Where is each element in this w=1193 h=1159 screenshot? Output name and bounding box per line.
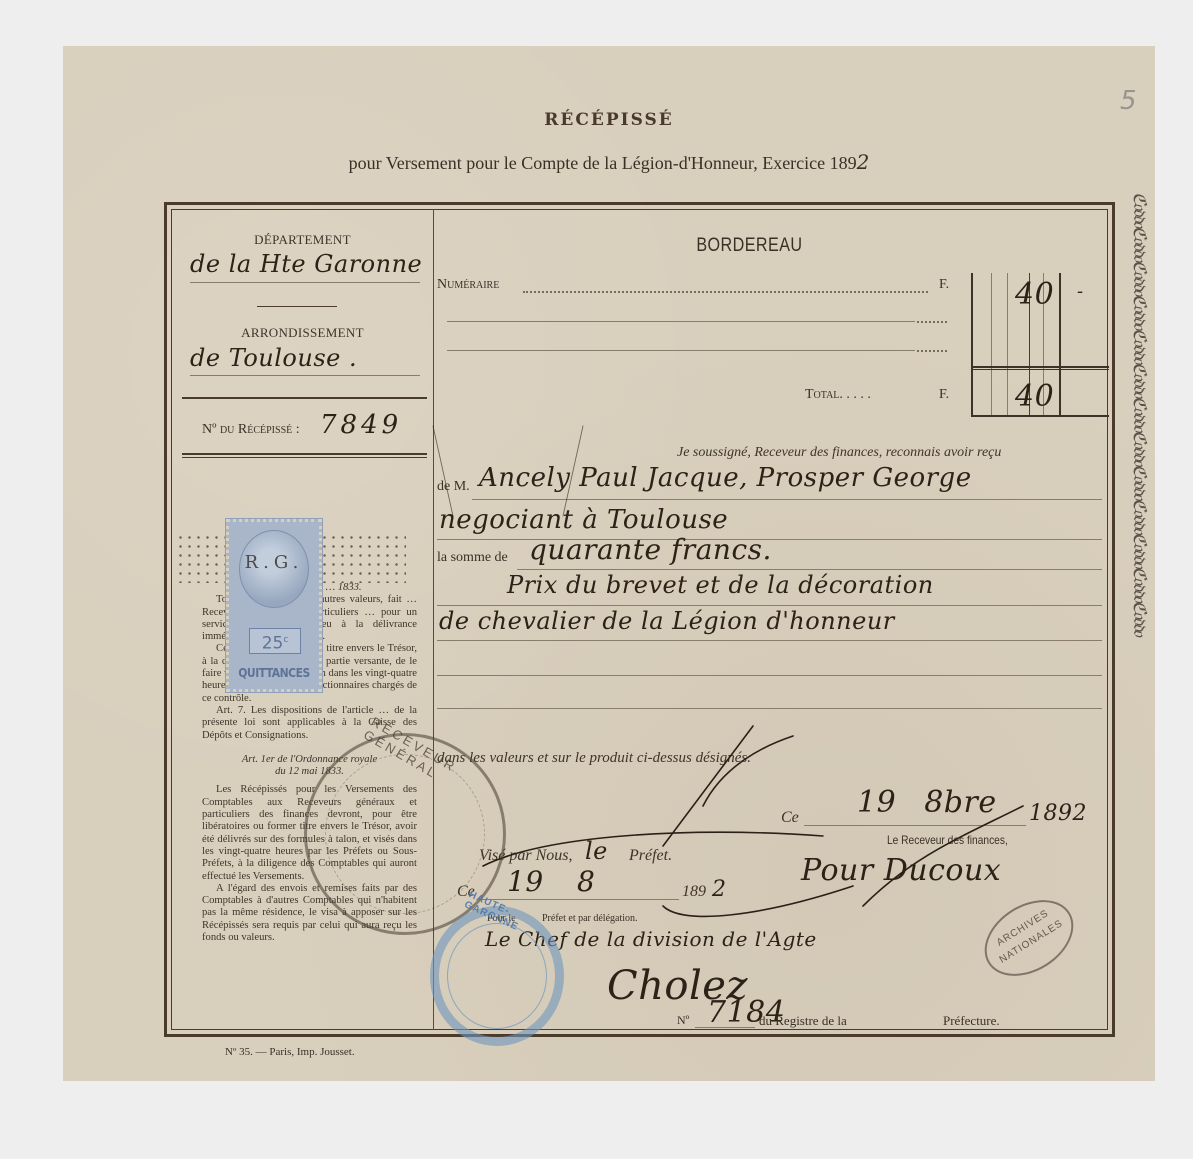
receipt-paper: 5 RÉCÉPISSÉ pour Versement pour le Compt… — [63, 46, 1155, 1081]
stamp-value-unit: c — [283, 635, 288, 645]
stamp-value-number: 25 — [262, 634, 284, 654]
ornamental-border: ℭ𝔬𝔡𝔡𝔬ℭ𝔬𝔡𝔡𝔬ℭ𝔬𝔡𝔡𝔬ℭ𝔬𝔡𝔡𝔬ℭ𝔬𝔡𝔡𝔬ℭ𝔬𝔡𝔡𝔬ℭ𝔬𝔡𝔡𝔬ℭ𝔬𝔡𝔡𝔬… — [1126, 192, 1150, 1042]
prefecture-flourish — [483, 832, 853, 916]
fiscal-stamp: R.G. 25c QUITTANCES — [226, 519, 322, 692]
stamp-label: QUITTANCES — [229, 666, 319, 680]
stamp-value: 25c — [249, 628, 301, 654]
haute-garonne-seal: HAUTE-GARONNE — [430, 906, 564, 1046]
receveur-flourish — [663, 726, 1023, 906]
pen-strokes — [433, 426, 583, 516]
printer-imprint: Nº 35. — Paris, Imp. Jousset. — [225, 1046, 355, 1058]
stamp-perforation-initials: R.G. — [229, 552, 319, 573]
